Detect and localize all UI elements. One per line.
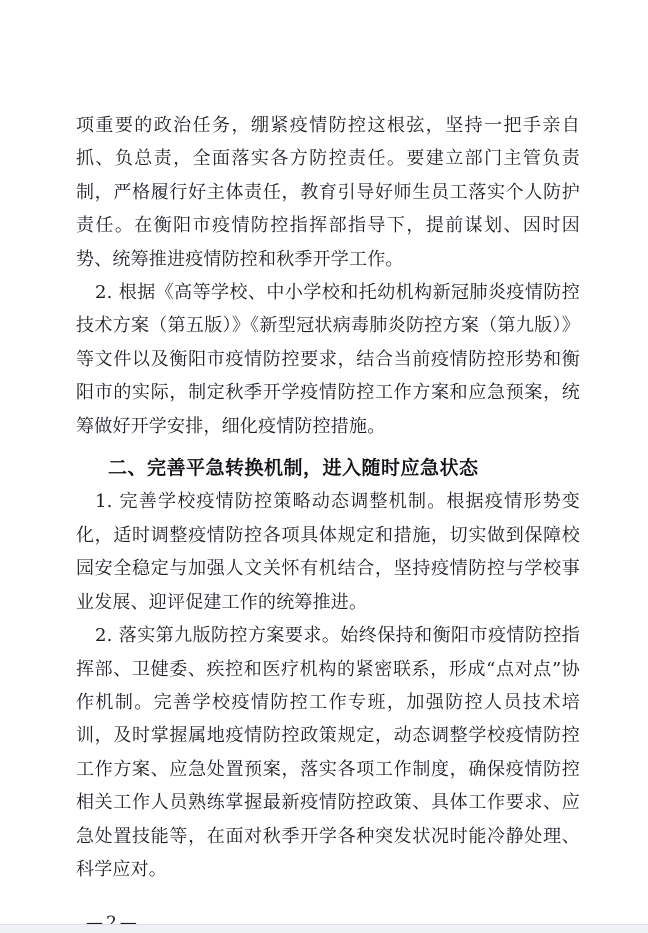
document-page: 项重要的政治任务，绷紧疫情防控这根弦，坚持一把手亲自抓、负总责，全面落实各方防控… <box>0 0 648 933</box>
section-heading: 二、完善平急转换机制，进入随时应急状态 <box>76 452 580 485</box>
body-paragraph-2: 2. 根据《高等学校、中小学校和托幼机构新冠肺炎疫情防控技术方案（第五版）》《新… <box>76 276 580 443</box>
body-paragraph-1: 项重要的政治任务，绷紧疫情防控这根弦，坚持一把手亲自抓、负总责，全面落实各方防控… <box>76 109 580 276</box>
page-bottom-edge <box>0 924 648 933</box>
body-paragraph-3: 1. 完善学校疫情防控策略动态调整机制。根据疫情形势变化，适时调整疫情防控各项具… <box>76 485 580 619</box>
body-paragraph-4: 2. 落实第九版防控方案要求。始终保持和衡阳市疫情防控指挥部、卫健委、疾控和医疗… <box>76 619 580 886</box>
page-body: 项重要的政治任务，绷紧疫情防控这根弦，坚持一把手亲自抓、负总责，全面落实各方防控… <box>76 0 580 933</box>
